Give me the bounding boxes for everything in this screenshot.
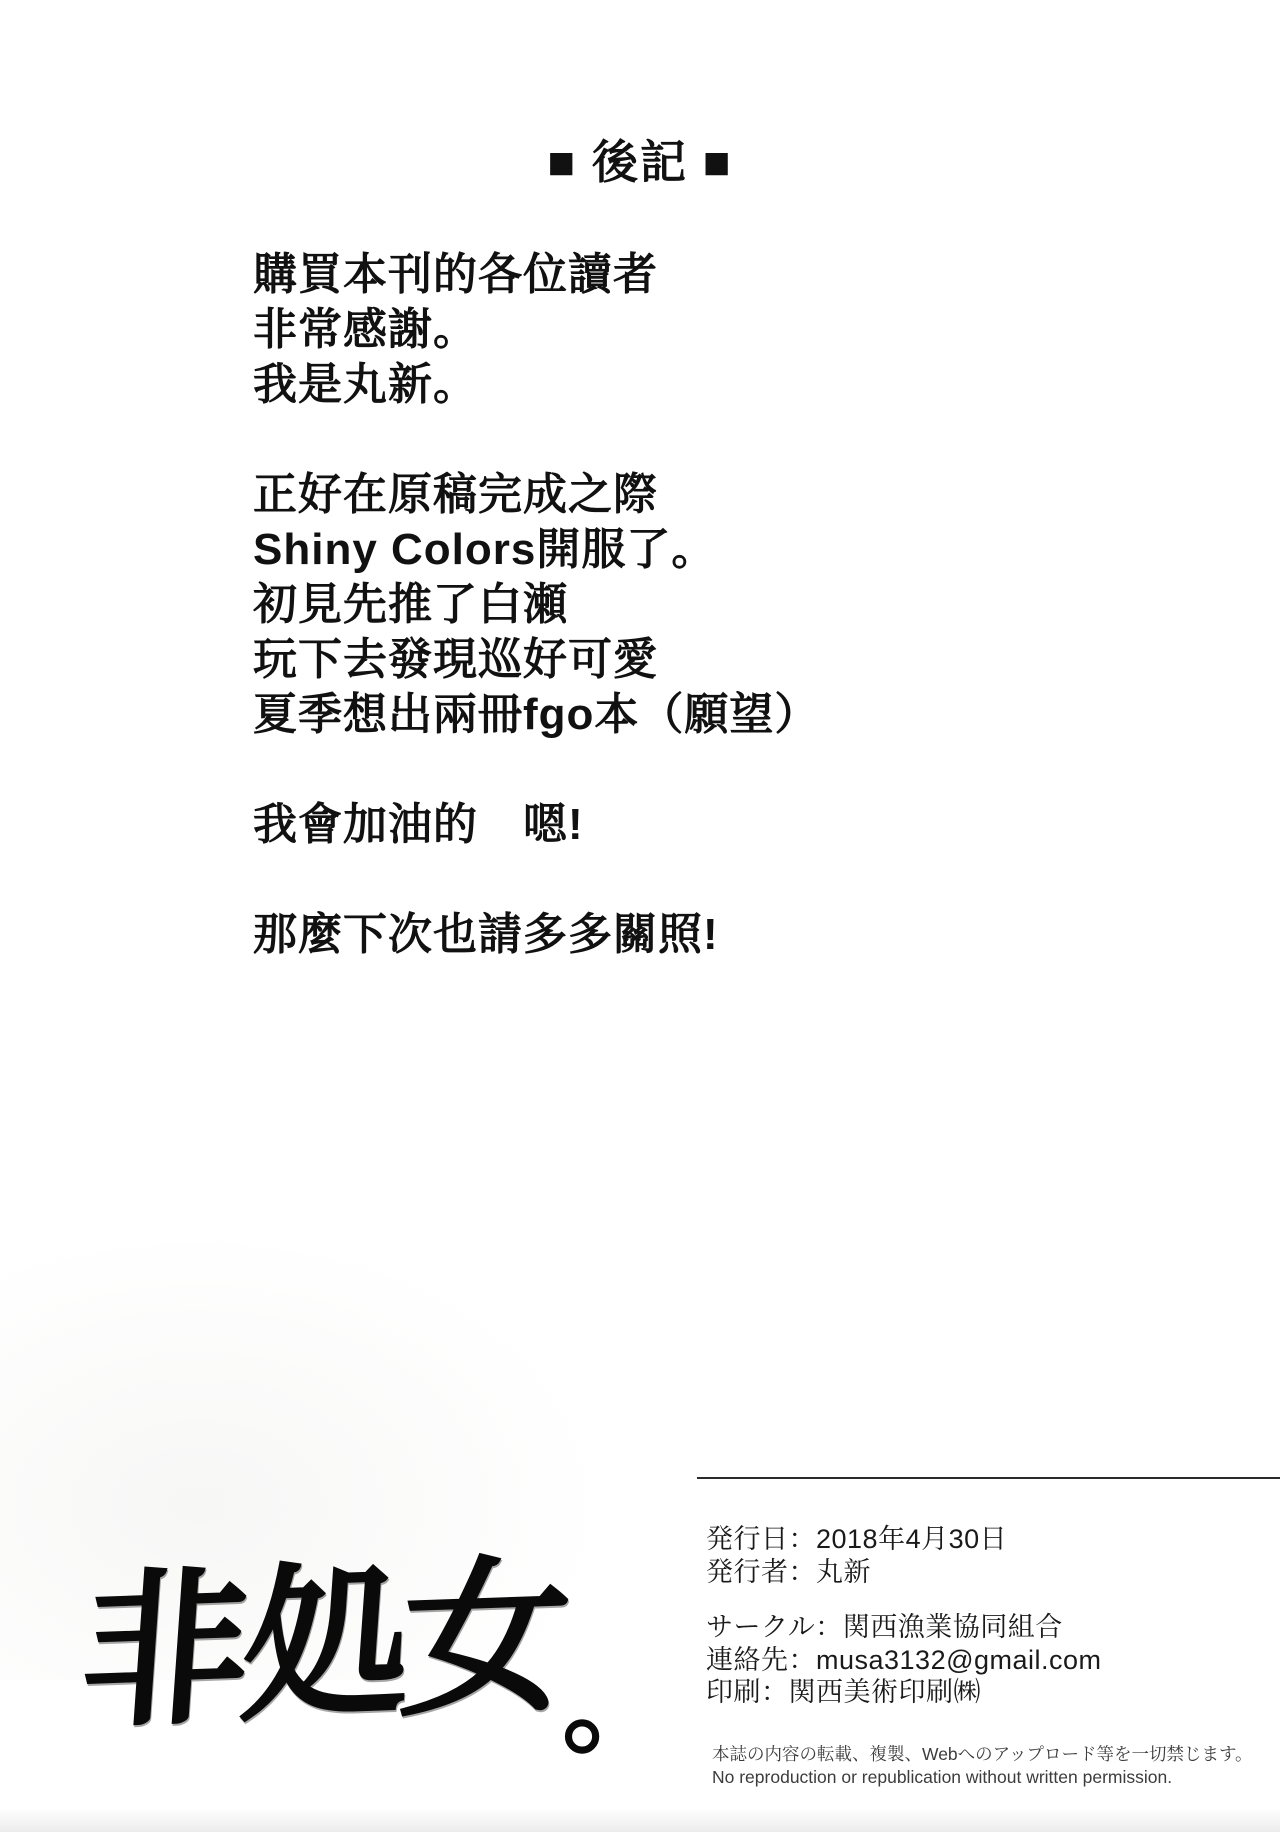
disclaimer-en: No reproduction or republication without… — [712, 1766, 1172, 1788]
body-line: 初見先推了白瀬 — [253, 577, 819, 632]
body-line: 非常感謝。 — [253, 302, 819, 357]
body-line-blank — [253, 852, 819, 907]
body-line: 夏季想出兩冊fgo本（願望） — [253, 687, 819, 742]
afterword-text: 購買本刊的各位讀者 非常感謝。 我是丸新。 正好在原稿完成之際 Shiny Co… — [253, 247, 819, 962]
circle-logo-text: 非処女 — [75, 1536, 569, 1751]
page-title: ■ 後記 ■ — [0, 126, 1280, 192]
publisher: 発行者：丸新 — [706, 1556, 871, 1588]
body-line: Shiny Colors開服了。 — [253, 522, 819, 577]
circle-name: サークル：関西漁業協同組合 — [706, 1611, 1063, 1643]
body-line: 正好在原稿完成之際 — [253, 467, 819, 522]
disclaimer-jp: 本誌の内容の転載、複製、Webへのアップロード等を一切禁じます。 — [712, 1743, 1253, 1765]
body-line: 那麼下次也請多多關照! — [253, 907, 819, 962]
circle-logo-period: 。 — [562, 1650, 672, 1760]
colophon-divider — [697, 1477, 1280, 1479]
body-line: 我會加油的 嗯! — [253, 797, 819, 852]
body-line: 購買本刊的各位讀者 — [253, 247, 819, 302]
printer: 印刷：関西美術印刷㈱ — [706, 1676, 981, 1708]
body-line: 我是丸新。 — [253, 357, 819, 412]
body-line: 玩下去發現巡好可愛 — [253, 632, 819, 687]
circle-logo-calligraphy: 非処女 — [76, 1551, 567, 1736]
page-bottom-shadow — [0, 1808, 1280, 1832]
publish-date: 発行日：2018年4月30日 — [706, 1523, 1007, 1555]
body-line-blank — [253, 412, 819, 467]
afterword-page: ■ 後記 ■ 購買本刊的各位讀者 非常感謝。 我是丸新。 正好在原稿完成之際 S… — [0, 0, 1280, 1832]
body-line-blank — [253, 742, 819, 797]
contact-email: 連絡先：musa3132@gmail.com — [706, 1644, 1102, 1676]
